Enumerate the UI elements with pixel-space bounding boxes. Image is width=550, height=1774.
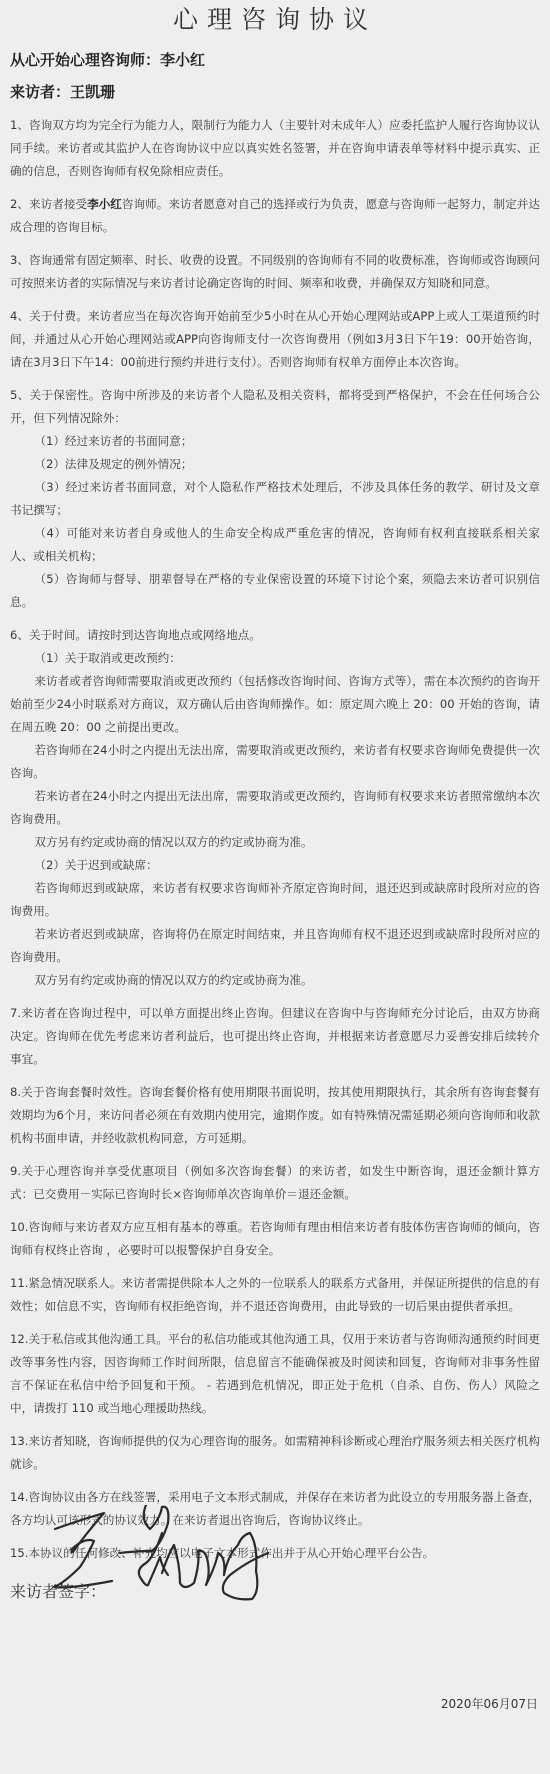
signature-date: 2020年06月07日 — [441, 1695, 538, 1712]
clause-10: 10.咨询师与来访者双方应互相有基本的尊重。若咨询师有理由相信来访者有肢体伤害咨… — [10, 1216, 540, 1262]
lateness-paragraph: 若咨询师迟到或缺席，来访者有权要求咨询师补齐原定咨询时间，退还迟到或缺席时段所对… — [10, 877, 540, 923]
clause-text: 9.关于心理咨询并享受优惠项目（例如多次咨询套餐）的来访者，如发生中断咨询，退还… — [10, 1160, 540, 1206]
confidentiality-exception: （4）可能对来访者自身或他人的生命安全构成严重危害的情况，咨询师有权利直接联系相… — [10, 522, 540, 568]
lateness-paragraph: 双方另有约定或协商的情况以双方的约定或协商为准。 — [10, 969, 540, 992]
confidentiality-exception: （1）经过来访者的书面同意； — [10, 430, 540, 453]
clause-8: 8.关于咨询套餐时效性。咨询套餐价格有使用期限书面说明，按其使用期限执行，其余所… — [10, 1081, 540, 1150]
cancellation-paragraph: 双方另有约定或协商的情况以双方的约定或协商为准。 — [10, 831, 540, 854]
clause-text: 2、来访者接受李小红咨询师。来访者愿意对自己的选择或行为负责，愿意与咨询师一起努… — [10, 193, 540, 239]
page-title: 心理咨询协议 — [10, 0, 540, 42]
lateness-heading: （2）关于迟到或缺席： — [10, 854, 540, 877]
clause-intro: 5、关于保密性。咨询中所涉及的来访者个人隐私及相关资料，都将受到严格保护，不会在… — [10, 384, 540, 430]
clause-7: 7.来访者在咨询过程中，可以单方面提出终止咨询。但建议在咨询中与咨询师充分讨论后… — [10, 1002, 540, 1071]
clause-2: 2、来访者接受李小红咨询师。来访者愿意对自己的选择或行为负责，愿意与咨询师一起努… — [10, 193, 540, 239]
clause-1: 1、咨询双方均为完全行为能力人，限制行为能力人（主要针对未成年人）应委托监护人履… — [10, 114, 540, 183]
clause-text: 11.紧急情况联系人。来访者需提供除本人之外的一位联系人的联系方式备用，并保证所… — [10, 1272, 540, 1318]
clause-11: 11.紧急情况联系人。来访者需提供除本人之外的一位联系人的联系方式备用，并保证所… — [10, 1272, 540, 1318]
counselor-name: 李小红 — [160, 51, 205, 69]
counselor-line: 从心开始心理咨询师：李小红 — [10, 50, 540, 70]
clause-13: 13.来访者知晓，咨询师提供的仅为心理咨询的服务。如需精神科诊断或心理治疗服务须… — [10, 1430, 540, 1476]
lateness-paragraph: 若来访者迟到或缺席，咨询将仍在原定时间结束，并且咨询师有权不退还迟到或缺席时段所… — [10, 923, 540, 969]
cancellation-heading: （1）关于取消或更改预约： — [10, 647, 540, 670]
clause-intro: 6、关于时间。请按时到达咨询地点或网络地点。 — [10, 624, 540, 647]
clause-text: 4、关于付费。来访者应当在每次咨询开始前至少5小时在从心开始心理网站或APP上或… — [10, 305, 540, 374]
cancellation-paragraph: 来访者或者咨询师需要取消或更改预约（包括修改咨询时间、咨询方式等），需在本次预约… — [10, 670, 540, 739]
clause-6: 6、关于时间。请按时到达咨询地点或网络地点。 （1）关于取消或更改预约： 来访者… — [10, 624, 540, 992]
clause-3: 3、咨询通常有固定频率、时长、收费的设置。不同级别的咨询师有不同的收费标准，咨询… — [10, 249, 540, 295]
clause-text: 8.关于咨询套餐时效性。咨询套餐价格有使用期限书面说明，按其使用期限执行，其余所… — [10, 1081, 540, 1150]
visitor-line: 来访者：王凯珊 — [10, 82, 540, 102]
counselor-label: 从心开始心理咨询师： — [10, 51, 160, 69]
clause-text: 12.关于私信或其他沟通工具。平台的私信功能或其他沟通工具，仅用于来访者与咨询师… — [10, 1328, 540, 1420]
clause-text: 10.咨询师与来访者双方应互相有基本的尊重。若咨询师有理由相信来访者有肢体伤害咨… — [10, 1216, 540, 1262]
clause-2-prefix: 2、来访者接受 — [10, 197, 87, 211]
agreement-document: 心理咨询协议 从心开始心理咨询师：李小红 来访者：王凯珊 1、咨询双方均为完全行… — [0, 0, 550, 1603]
clause-text: 1、咨询双方均为完全行为能力人，限制行为能力人（主要针对未成年人）应委托监护人履… — [10, 114, 540, 183]
clause-9: 9.关于心理咨询并享受优惠项目（例如多次咨询套餐）的来访者，如发生中断咨询，退还… — [10, 1160, 540, 1206]
confidentiality-exception: （3）经过来访者书面同意，对个人隐私作严格技术处理后，不涉及具体任务的教学、研讨… — [10, 476, 540, 522]
visitor-label: 来访者： — [10, 83, 70, 101]
clause-text: 13.来访者知晓，咨询师提供的仅为心理咨询的服务。如需精神科诊断或心理治疗服务须… — [10, 1430, 540, 1476]
clause-4: 4、关于付费。来访者应当在每次咨询开始前至少5小时在从心开始心理网站或APP上或… — [10, 305, 540, 374]
cancellation-paragraph: 若咨询师在24小时之内提出无法出席，需要取消或更改预约，来访者有权要求咨询师免费… — [10, 739, 540, 785]
clause-5: 5、关于保密性。咨询中所涉及的来访者个人隐私及相关资料，都将受到严格保护，不会在… — [10, 384, 540, 614]
clause-12: 12.关于私信或其他沟通工具。平台的私信功能或其他沟通工具，仅用于来访者与咨询师… — [10, 1328, 540, 1420]
clause-text: 3、咨询通常有固定频率、时长、收费的设置。不同级别的咨询师有不同的收费标准，咨询… — [10, 249, 540, 295]
confidentiality-exception: （2）法律及规定的例外情况； — [10, 453, 540, 476]
handwritten-signature — [50, 1505, 290, 1655]
counselor-name-inline: 李小红 — [87, 197, 122, 211]
clause-text: 7.来访者在咨询过程中，可以单方面提出终止咨询。但建议在咨询中与咨询师充分讨论后… — [10, 1002, 540, 1071]
confidentiality-exception: （5）咨询师与督导、朋辈督导在严格的专业保密设置的环境下讨论个案，须隐去来访者可… — [10, 568, 540, 614]
cancellation-paragraph: 若来访者在24小时之内提出无法出席，需要取消或更改预约，咨询师有权要求来访者照常… — [10, 785, 540, 831]
visitor-name: 王凯珊 — [70, 83, 115, 101]
